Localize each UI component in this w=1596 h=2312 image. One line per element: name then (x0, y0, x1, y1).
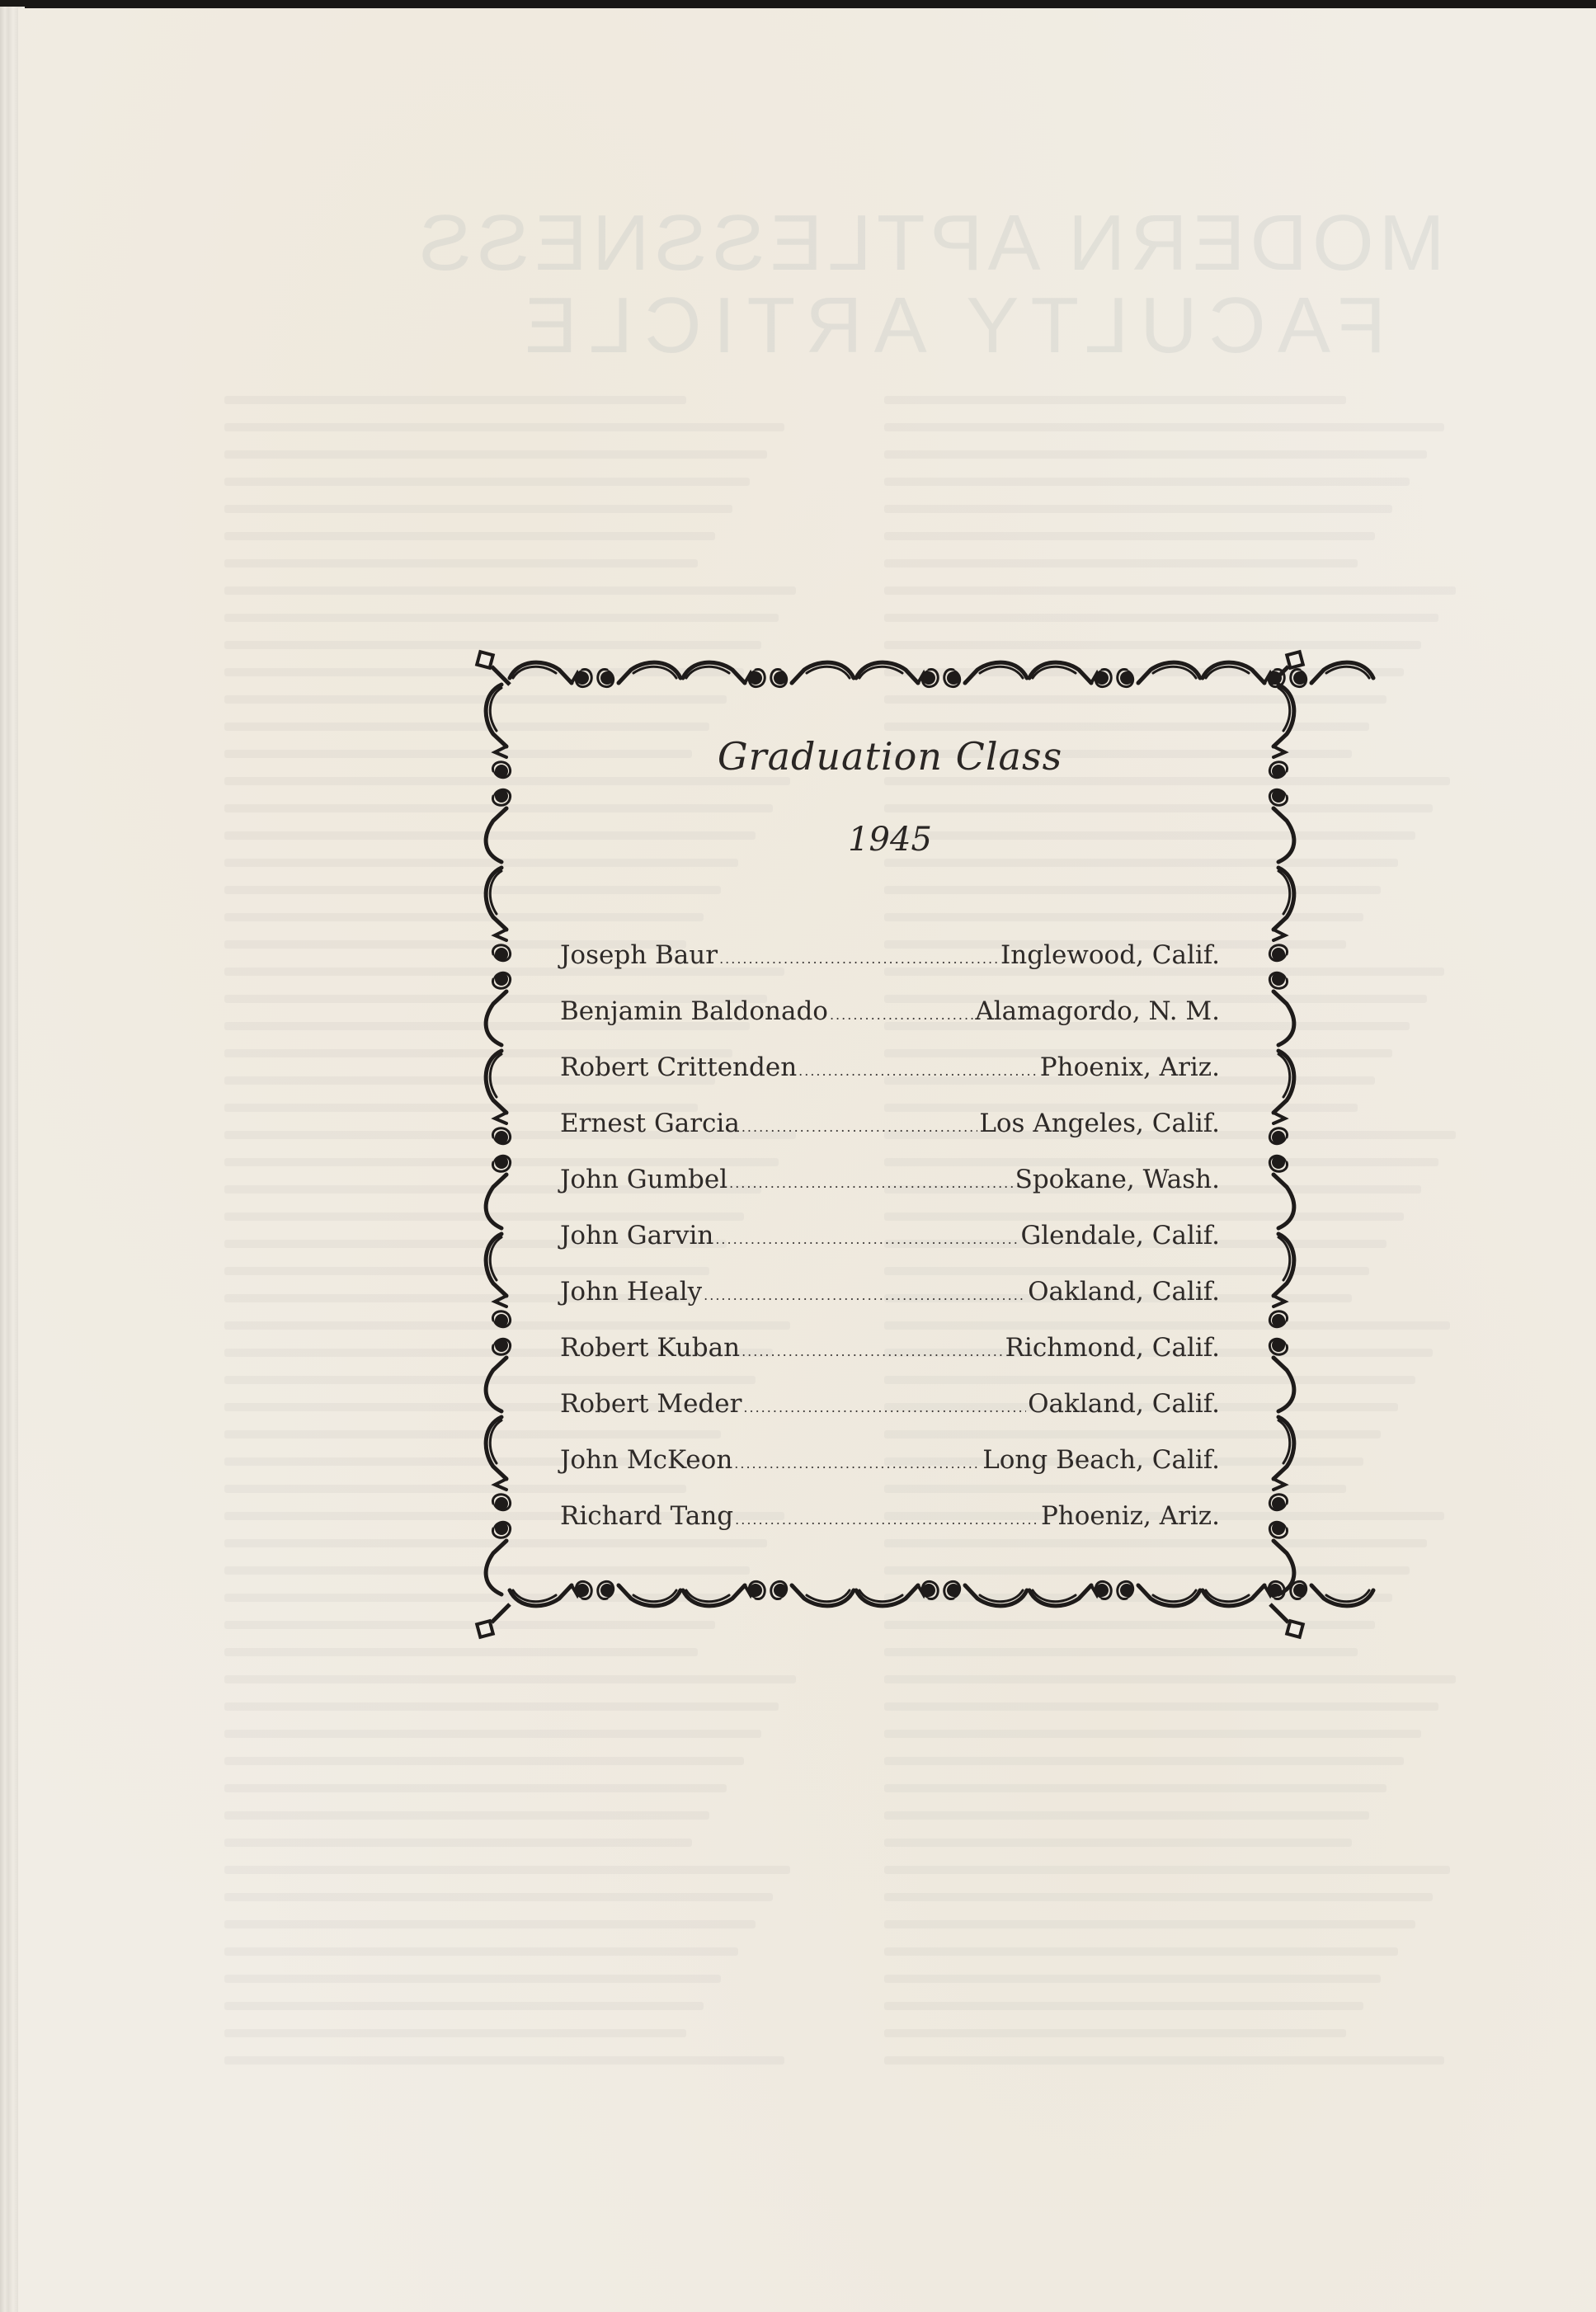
bleed-through-line (224, 641, 761, 649)
bleed-through-line (884, 1866, 1450, 1874)
bleed-through-line (224, 586, 796, 595)
bleed-through-line (224, 1811, 709, 1820)
bleed-through-line (224, 1893, 773, 1901)
list-item: Benjamin Baldonado Alamagordo, N. M. (560, 996, 1220, 1052)
dot-leader (719, 951, 999, 967)
bleed-through-line (224, 2056, 784, 2065)
list-item: John McKeon Long Beach, Calif. (560, 1445, 1220, 1501)
graduate-name: Robert Meder (560, 1389, 742, 1419)
bleed-through-line (884, 1675, 1456, 1683)
list-item: Robert Meder Oakland, Calif. (560, 1389, 1220, 1445)
bleed-through-line (884, 423, 1444, 431)
page-title: Graduation Class (477, 734, 1303, 779)
bleed-through-line (224, 1947, 738, 1956)
bleed-through-line (224, 1866, 790, 1874)
graduate-hometown: Inglewood, Calif. (1000, 940, 1220, 970)
list-item: John Gumbel Spokane, Wash. (560, 1165, 1220, 1221)
graduate-name: Ernest Garcia (560, 1109, 740, 1138)
bleed-through-line (224, 1702, 779, 1711)
bleed-through-line (224, 1839, 692, 1847)
bleed-through-line (884, 478, 1410, 486)
list-item: Richard Tang Phoeniz, Ariz. (560, 1501, 1220, 1557)
bleed-through-line (884, 1975, 1381, 1983)
bleed-through-line (884, 2002, 1363, 2010)
bleed-through-subheading: FACULTY ARTICLE (513, 280, 1386, 371)
dot-leader (798, 1063, 1038, 1079)
bleed-through-line (224, 1920, 756, 1928)
bleed-through-line (884, 505, 1392, 513)
graduate-hometown: Phoeniz, Ariz. (1041, 1501, 1220, 1531)
bleed-through-line (224, 1757, 744, 1765)
graduate-name: John McKeon (560, 1445, 732, 1475)
dot-leader (743, 1400, 1026, 1415)
bleed-through-line (884, 2056, 1444, 2065)
graduate-list: Joseph Baur Inglewood, Calif. Benjamin B… (560, 940, 1220, 1557)
graduate-name: Robert Kuban (560, 1333, 740, 1363)
bleed-through-line (224, 423, 784, 431)
graduate-hometown: Spokane, Wash. (1015, 1165, 1220, 1194)
graduate-hometown: Glendale, Calif. (1020, 1221, 1220, 1250)
graduate-hometown: Oakland, Calif. (1028, 1277, 1220, 1307)
bleed-through-line (884, 1730, 1421, 1738)
graduate-hometown: Phoenix, Ariz. (1040, 1052, 1220, 1082)
dot-leader (729, 1175, 1013, 1191)
bleed-through-line (224, 614, 779, 622)
list-item: Joseph Baur Inglewood, Calif. (560, 940, 1220, 996)
dot-leader (830, 1007, 973, 1023)
graduate-name: John Garvin (560, 1221, 713, 1250)
bleed-through-line (884, 614, 1438, 622)
bleed-through-line (224, 1648, 698, 1656)
bleed-through-line (884, 2029, 1346, 2037)
bleed-through-line (224, 505, 732, 513)
bleed-through-line (884, 532, 1375, 540)
list-item: Robert Crittenden Phoenix, Ariz. (560, 1052, 1220, 1109)
bleed-through-heading: MODERN APTLESSNESS (414, 198, 1445, 289)
bleed-through-line (884, 396, 1346, 404)
bleed-through-line (884, 1757, 1404, 1765)
graduate-hometown: Alamagordo, N. M. (975, 996, 1220, 1026)
bleed-through-line (884, 1839, 1352, 1847)
graduate-name: Richard Tang (560, 1501, 733, 1531)
bleed-through-line (224, 1784, 727, 1792)
list-item: Robert Kuban Richmond, Calif. (560, 1333, 1220, 1389)
dot-leader (742, 1119, 978, 1135)
document-page: MODERN APTLESSNESS FACULTY ARTICLE (18, 8, 1596, 2312)
graduate-name: John Gumbel (560, 1165, 727, 1194)
graduate-hometown: Oakland, Calif. (1028, 1389, 1220, 1419)
list-item: Ernest Garcia Los Angeles, Calif. (560, 1109, 1220, 1165)
class-year: 1945 (477, 821, 1303, 859)
graduate-name: Joseph Baur (560, 940, 718, 970)
bleed-through-line (884, 559, 1358, 567)
bleed-through-line (884, 586, 1456, 595)
bleed-through-line (884, 1893, 1433, 1901)
graduate-name: John Healy (560, 1277, 702, 1307)
graduate-hometown: Long Beach, Calif. (982, 1445, 1220, 1475)
bleed-through-line (884, 1920, 1415, 1928)
graduate-name: Robert Crittenden (560, 1052, 797, 1082)
bleed-through-line (224, 1675, 796, 1683)
bleed-through-line (884, 1784, 1386, 1792)
bleed-through-line (224, 450, 767, 459)
bleed-through-line (884, 641, 1421, 649)
bleed-through-line (884, 1702, 1438, 1711)
dot-leader (704, 1288, 1026, 1303)
bleed-through-line (224, 396, 686, 404)
graduate-hometown: Richmond, Calif. (1005, 1333, 1220, 1363)
bleed-through-line (224, 1730, 761, 1738)
bleed-through-line (224, 2029, 686, 2037)
bleed-through-line (884, 1648, 1358, 1656)
bleed-through-line (224, 478, 750, 486)
bleed-through-line (884, 450, 1427, 459)
list-item: John Healy Oakland, Calif. (560, 1277, 1220, 1333)
bleed-through-line (224, 559, 698, 567)
bleed-through-line (884, 1947, 1398, 1956)
bleed-through-line (224, 1975, 721, 1983)
ornamental-frame: Graduation Class 1945 Joseph Baur Inglew… (477, 652, 1303, 1637)
dot-leader (735, 1512, 1039, 1528)
bleed-through-line (884, 1811, 1369, 1820)
bleed-through-line (224, 2002, 704, 2010)
dot-leader (734, 1456, 981, 1471)
dot-leader (742, 1344, 1004, 1359)
bleed-through-line (224, 532, 715, 540)
list-item: John Garvin Glendale, Calif. (560, 1221, 1220, 1277)
graduate-hometown: Los Angeles, Calif. (979, 1109, 1220, 1138)
graduate-name: Benjamin Baldonado (560, 996, 828, 1026)
dot-leader (715, 1231, 1019, 1247)
